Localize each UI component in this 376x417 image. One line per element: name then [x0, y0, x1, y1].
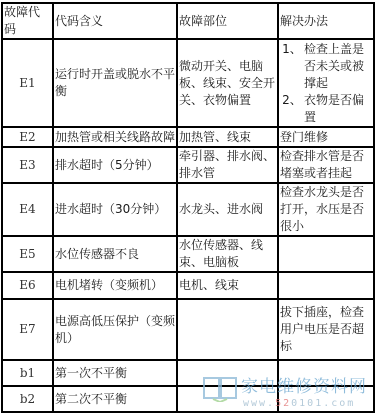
- fault-location: 加热管、线束: [177, 127, 278, 147]
- fault-solution: 登门维修: [278, 127, 374, 147]
- table-row: b2 第二次不平衡: [2, 386, 374, 412]
- fault-meaning: 运行时开盖或脱水不平衡: [53, 39, 177, 127]
- fault-location: [177, 299, 278, 360]
- fault-solution: [278, 236, 374, 272]
- table-row: b1 第一次不平衡: [2, 360, 374, 386]
- fault-code: E5: [2, 236, 53, 272]
- fault-meaning: 电源高低压保护（变频机）: [53, 299, 177, 360]
- fault-meaning: 水位传感器不良: [53, 236, 177, 272]
- fault-meaning: 第二次不平衡: [53, 386, 177, 412]
- fault-meaning: 加热管或相关线路故障: [53, 127, 177, 147]
- fault-code: b1: [2, 360, 53, 386]
- fault-location: 牵引器、排水阀、排水管: [177, 147, 278, 183]
- fault-solution: 检查水龙头是否打开，水压是否很小: [278, 183, 374, 236]
- header-location: 故障部位: [177, 3, 278, 39]
- fault-code: b2: [2, 386, 53, 412]
- fault-solution: [278, 386, 374, 412]
- fault-code: E7: [2, 299, 53, 360]
- header-code: 故障代码: [2, 3, 53, 39]
- solution-text: 衣物是否偏置: [304, 92, 372, 126]
- table-row: E3 排水超时（5分钟） 牵引器、排水阀、排水管 检查排水管是否堵塞或者挂起: [2, 147, 374, 183]
- header-meaning: 代码含义: [53, 3, 177, 39]
- fault-code: E6: [2, 272, 53, 299]
- fault-code-table: 故障代码 代码含义 故障部位 解决办法 E1 运行时开盖或脱水不平衡 微动开关、…: [1, 2, 375, 413]
- table-row: E1 运行时开盖或脱水不平衡 微动开关、电脑板、线束、安全开关、衣物偏置 1、 …: [2, 39, 374, 127]
- fault-code: E4: [2, 183, 53, 236]
- fault-meaning: 电机堵转（变频机）: [53, 272, 177, 299]
- fault-solution: 拔下插座，检查用户电压是否超标: [278, 299, 374, 360]
- solution-list: 1、 检查上盖是否未关或被撑起 2、 衣物是否偏置: [280, 41, 372, 126]
- fault-solution: [278, 360, 374, 386]
- fault-meaning: 排水超时（5分钟）: [53, 147, 177, 183]
- solution-text: 检查上盖是否未关或被撑起: [304, 41, 372, 92]
- fault-meaning: 第一次不平衡: [53, 360, 177, 386]
- table-row: E5 水位传感器不良 水位传感器、线束、电脑板: [2, 236, 374, 272]
- fault-location: 水龙头、进水阀: [177, 183, 278, 236]
- fault-location: [177, 386, 278, 412]
- fault-code: E3: [2, 147, 53, 183]
- solution-item: 2、 衣物是否偏置: [280, 92, 372, 126]
- fault-location: 水位传感器、线束、电脑板: [177, 236, 278, 272]
- solution-number: 1、: [280, 41, 304, 92]
- fault-location: [177, 360, 278, 386]
- fault-code: E2: [2, 127, 53, 147]
- table-row: E2 加热管或相关线路故障 加热管、线束 登门维修: [2, 127, 374, 147]
- fault-solution: [278, 272, 374, 299]
- solution-number: 2、: [280, 92, 304, 126]
- fault-location: 电机、线束: [177, 272, 278, 299]
- fault-location: 微动开关、电脑板、线束、安全开关、衣物偏置: [177, 39, 278, 127]
- header-solution: 解决办法: [278, 3, 374, 39]
- table-header-row: 故障代码 代码含义 故障部位 解决办法: [2, 3, 374, 39]
- table-row: E7 电源高低压保护（变频机） 拔下插座，检查用户电压是否超标: [2, 299, 374, 360]
- table-row: E4 进水超时（30分钟） 水龙头、进水阀 检查水龙头是否打开，水压是否很小: [2, 183, 374, 236]
- fault-solution: 检查排水管是否堵塞或者挂起: [278, 147, 374, 183]
- fault-meaning: 进水超时（30分钟）: [53, 183, 177, 236]
- fault-code: E1: [2, 39, 53, 127]
- solution-item: 1、 检查上盖是否未关或被撑起: [280, 41, 372, 92]
- fault-solution: 1、 检查上盖是否未关或被撑起 2、 衣物是否偏置: [278, 39, 374, 127]
- table-row: E6 电机堵转（变频机） 电机、线束: [2, 272, 374, 299]
